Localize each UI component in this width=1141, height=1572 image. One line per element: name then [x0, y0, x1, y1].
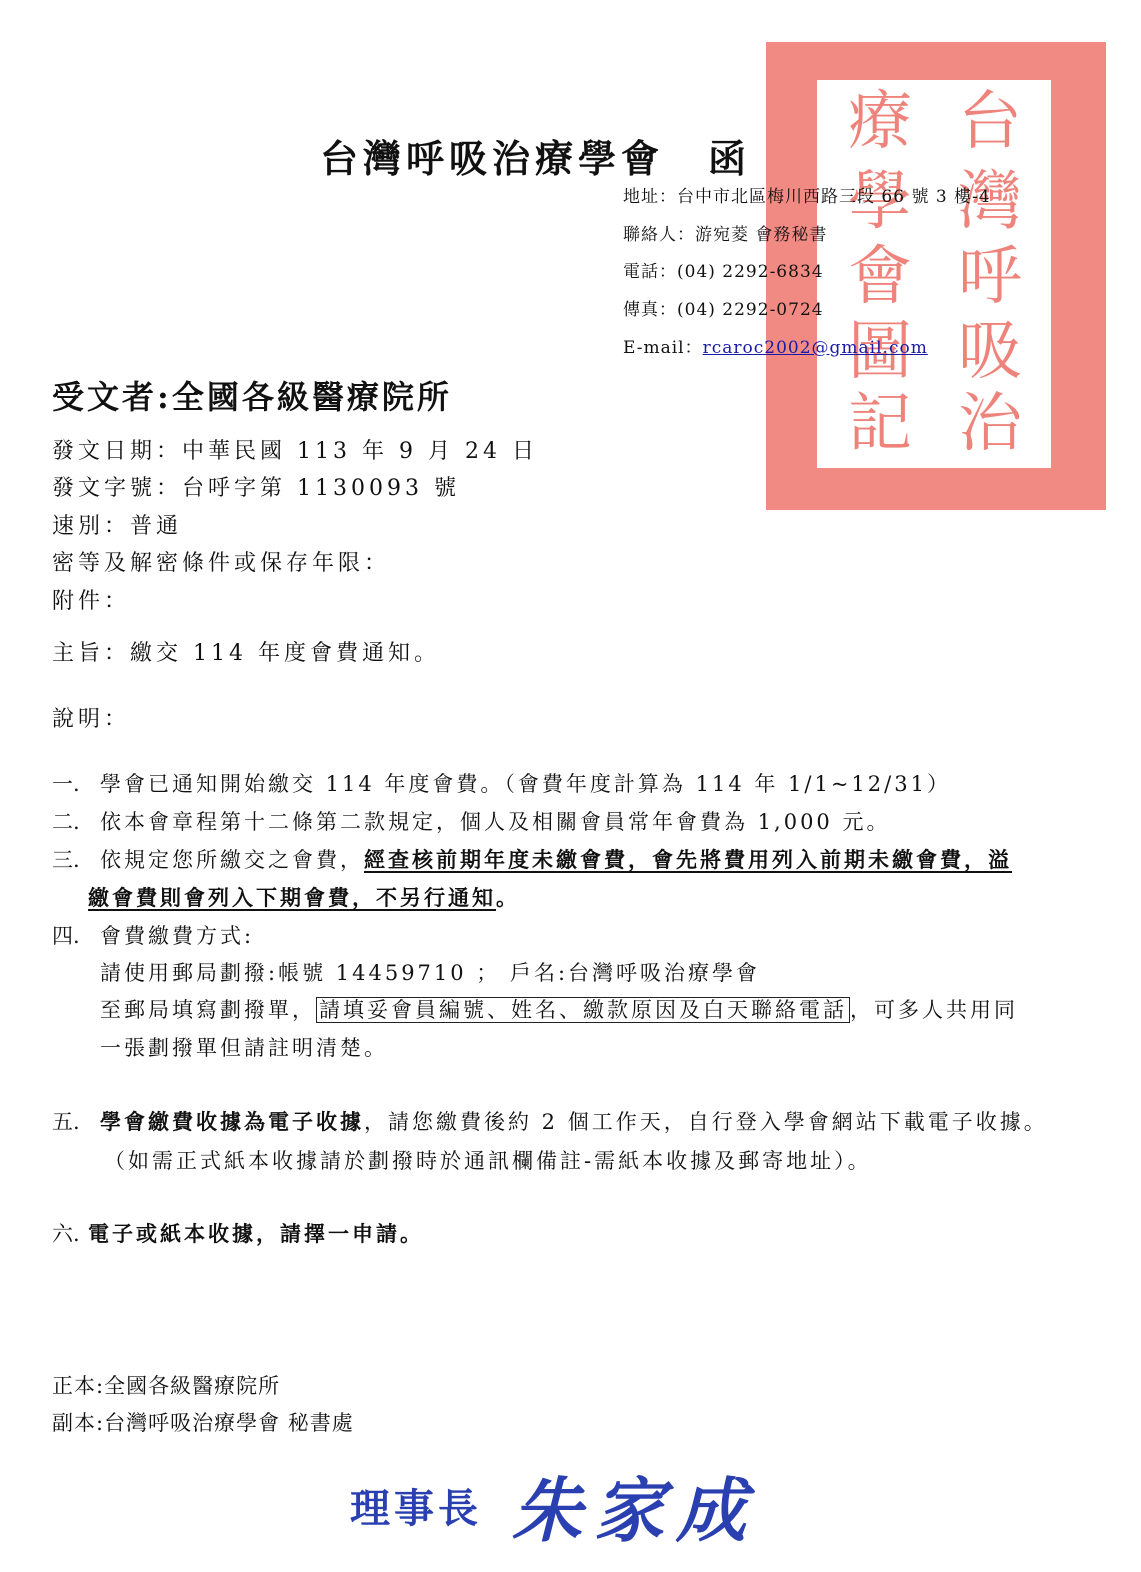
seal-glyph: 會	[825, 245, 935, 309]
payment-instructions-line: 至郵局填寫劃撥單，請填妥會員編號、姓名、繳款原因及白天聯絡電話，可多人共用同	[100, 994, 1018, 1024]
explanation-label: 說明：	[52, 702, 130, 733]
item-3: 三.依規定您所繳交之會費，經查核前期年度未繳會費，會先將費用列入前期未繳會費，溢	[52, 844, 1012, 874]
address: 台中市北區梅川西路三段 66 號 3 樓-4	[677, 187, 991, 207]
copy-recipient: 副本:台灣呼吸治療學會 秘書處	[52, 1407, 354, 1437]
signature-name: 朱家成	[512, 1469, 758, 1552]
address-line: 地址：台中市北區梅川西路三段 66 號 3 樓-4	[623, 182, 991, 207]
boxed-requirement: 請填妥會員編號、姓名、繳款原因及白天聯絡電話	[316, 997, 850, 1023]
original-recipient: 正本:全國各級醫療院所	[52, 1370, 280, 1400]
document-title: 台灣呼吸治療學會函	[320, 128, 751, 183]
item-2: 二.依本會章程第十二條第二款規定，個人及相關會員常年會費為 1,000 元。	[52, 806, 890, 836]
contact-person: 游宛菱 會務秘書	[695, 225, 827, 245]
payment-account-line: 請使用郵局劃撥:帳號 14459710 ； 戶名:台灣呼吸治療學會	[100, 957, 760, 987]
seal-inner-field: 療 台 學 灣 會 呼 圖 吸 記 治	[817, 80, 1051, 468]
subject: 主旨：繳交 114 年度會費通知。	[52, 636, 440, 667]
item-6: 六.電子或紙本收據，請擇一申請。	[52, 1218, 424, 1248]
emphasized-notice: 繳會費則會列入下期會費，不另行通知	[88, 885, 496, 910]
seal-glyph: 療	[825, 90, 935, 154]
issue-date: 發文日期：中華民國 113 年 9 月 24 日	[52, 434, 538, 465]
fax-line: 傳真：(04) 2292-0724	[623, 295, 824, 320]
phone: (04) 2292-6834	[677, 262, 824, 282]
emphasized-notice: 經查核前期年度未繳會費，會先將費用列入前期未繳會費，溢	[364, 847, 1012, 872]
fax: (04) 2292-0724	[677, 300, 824, 320]
payment-note-line: 一張劃撥單但請註明清楚。	[100, 1032, 388, 1062]
item-3-continued: 繳會費則會列入下期會費，不另行通知。	[88, 882, 520, 912]
attachments: 附件：	[52, 584, 130, 615]
signature-title: 理事長	[350, 1485, 482, 1532]
doc-type: 函	[708, 136, 751, 181]
contact-person-line: 聯絡人：游宛菱 會務秘書	[623, 220, 827, 245]
document-number: 發文字號：台呼字第 1130093 號	[52, 471, 460, 502]
confidentiality: 密等及解密條件或保存年限：	[52, 546, 390, 577]
seal-glyph: 治	[935, 392, 1045, 456]
recipient: 受文者:全國各級醫療院所	[52, 372, 452, 418]
email-line: E-mail：rcaroc2002@gmail.com	[623, 333, 928, 358]
item-5-note: （如需正式紙本收據請於劃撥時於通訊欄備註-需紙本收據及郵寄地址）。	[104, 1145, 872, 1175]
item-4: 四.會費繳費方式:	[52, 920, 254, 950]
seal-glyph: 呼	[935, 245, 1045, 309]
email-link[interactable]: rcaroc2002@gmail.com	[703, 338, 928, 358]
item-5: 五.學會繳費收據為電子收據，請您繳費後約 2 個工作天，自行登入學會網站下載電子…	[52, 1106, 1048, 1136]
seal-glyph: 吸	[935, 320, 1045, 384]
item-1: 一.學會已通知開始繳交 114 年度會費。（會費年度計算為 114 年 1/1~…	[52, 768, 951, 798]
seal-glyph: 台	[935, 90, 1045, 154]
seal-glyph: 記	[825, 392, 935, 456]
phone-line: 電話：(04) 2292-6834	[623, 257, 824, 282]
priority: 速別：普通	[52, 509, 182, 540]
chairman-signature: 理事長朱家成	[350, 1455, 758, 1556]
org-title: 台灣呼吸治療學會	[320, 136, 664, 181]
